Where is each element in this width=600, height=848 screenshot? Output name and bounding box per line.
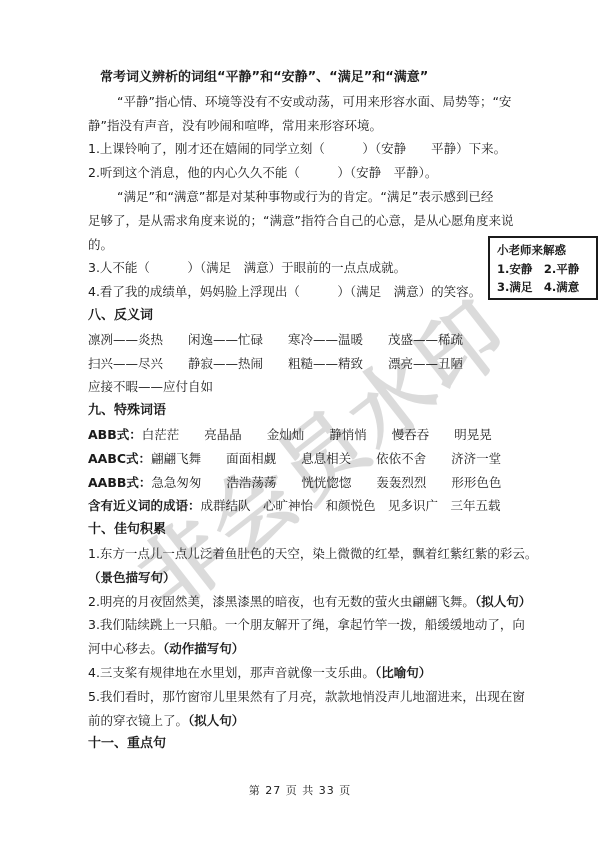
sentence-4: 4.三支桨有规律地在水里划，那声音就像一支乐曲。（比喻句） [88, 661, 523, 685]
para2-line2: 足够了，是从需求角度来说的；“满意”指符合自己的心意，是从心愿角度来说 [88, 209, 523, 233]
section-8-heading: 八、反义词 [88, 304, 523, 328]
aabc-label: AABC式： [88, 451, 151, 466]
sentence-3-tag: （动作描写句） [163, 641, 244, 656]
abb-words: 白茫茫 亮晶晶 金灿灿 静悄悄 慢吞吞 明晃晃 [142, 427, 492, 442]
section-9-heading: 九、特殊词语 [88, 399, 523, 423]
sentence-4-text: 4.三支桨有规律地在水里划，那声音就像一支乐曲。 [88, 665, 375, 680]
para2-line3: 的。 [88, 233, 523, 257]
aabb-line: AABB式：急急匆匆 浩浩荡荡 恍恍惚惚 轰轰烈烈 形形色色 [88, 471, 523, 495]
sentence-2: 2.明亮的月夜固然美，漆黑漆黑的暗夜，也有无数的萤火虫翩翩飞舞。（拟人句） [88, 590, 523, 614]
para1-line2: 静”指没有声音，没有吵闹和喧哗，常用来形容环境。 [88, 114, 523, 138]
section-10-heading: 十、佳句积累 [88, 518, 523, 542]
teacher-answer-box-row2: 3.满足 4.满意 [497, 278, 590, 297]
synonym-idioms-label: 含有近义词的成语： [88, 498, 201, 513]
section-11-heading: 十一、重点句 [88, 732, 523, 756]
para2-line1: “满足”和“满意”都是对某种事物或行为的肯定。“满足”表示感到已经 [88, 185, 523, 209]
sentence-1-line1: 1.东方一点儿一点儿泛着鱼肚色的天空，染上微微的红晕，飘着红紫红紫的彩云。 [88, 542, 523, 566]
doc-title: 常考词义辨析的词组“平静”和“安静”、“满足”和“满意” [88, 66, 523, 90]
teacher-answer-box: 小老师来解惑 1.安静 2.平静 3.满足 4.满意 [488, 236, 598, 300]
antonyms-line1: 凛冽——炎热 闲逸——忙碌 寒冷——温暖 茂盛——稀疏 [88, 328, 523, 352]
page-footer: 第 27 页 共 33 页 [0, 782, 600, 798]
sentence-3-text: 河中心移去。 [88, 641, 163, 656]
aabb-words: 急急匆匆 浩浩荡荡 恍恍惚惚 轰轰烈烈 形形色色 [151, 475, 501, 490]
aabb-label: AABB式： [88, 475, 151, 490]
sentence-5-tag: （拟人句） [188, 713, 244, 728]
aabc-words: 翩翩飞舞 面面相觑 息息相关 依依不舍 济济一堂 [151, 451, 501, 466]
synonym-idioms-words: 成群结队 心旷神怡 和颜悦色 见多识广 三年五载 [201, 498, 501, 513]
document-content: 常考词义辨析的词组“平静”和“安静”、“满足”和“满意” “平静”指心情、环境等… [88, 66, 523, 756]
sentence-2-tag: （拟人句） [475, 594, 531, 609]
teacher-answer-box-row1: 1.安静 2.平静 [497, 260, 590, 279]
question-4: 4.看了我的成绩单，妈妈脸上浮现出（ ）（满足 满意）的笑容。 [88, 280, 523, 304]
para1-line1: “平静”指心情、环境等没有不安或动荡，可用来形容水面、局势等；“安 [88, 90, 523, 114]
sentence-5-line2: 前的穿衣镜上了。（拟人句） [88, 709, 523, 733]
aabc-line: AABC式：翩翩飞舞 面面相觑 息息相关 依依不舍 济济一堂 [88, 447, 523, 471]
abb-label: ABB式： [88, 427, 142, 442]
antonyms-line2: 扫兴——尽兴 静寂——热闹 粗糙——精致 漂亮——丑陋 [88, 352, 523, 376]
question-3: 3.人不能（ ）（满足 满意）于眼前的一点点成就。 [88, 256, 523, 280]
sentence-3-line2: 河中心移去。（动作描写句） [88, 637, 523, 661]
question-1: 1.上课铃响了，刚才还在嬉闹的同学立刻（ ）（安静 平静）下来。 [88, 137, 523, 161]
sentence-5-text: 前的穿衣镜上了。 [88, 713, 188, 728]
synonym-idioms-line: 含有近义词的成语：成群结队 心旷神怡 和颜悦色 见多识广 三年五载 [88, 494, 523, 518]
teacher-answer-box-title: 小老师来解惑 [497, 241, 590, 260]
sentence-3-line1: 3.我们陆续跳上一只船。一个朋友解开了绳，拿起竹竿一拨，船缓缓地动了，向 [88, 613, 523, 637]
question-2: 2.听到这个消息，他的内心久久不能（ ）（安静 平静）。 [88, 161, 523, 185]
sentence-5-line1: 5.我们看时，那竹窗帘儿里果然有了月亮，款款地悄没声儿地溜进来，出现在窗 [88, 685, 523, 709]
sentence-4-tag: （比喻句） [375, 665, 431, 680]
antonyms-line3: 应接不暇——应付自如 [88, 375, 523, 399]
abb-line: ABB式：白茫茫 亮晶晶 金灿灿 静悄悄 慢吞吞 明晃晃 [88, 423, 523, 447]
sentence-2-text: 2.明亮的月夜固然美，漆黑漆黑的暗夜，也有无数的萤火虫翩翩飞舞。 [88, 594, 475, 609]
document-page: 非会员水印 常考词义辨析的词组“平静”和“安静”、“满足”和“满意” “平静”指… [0, 0, 600, 848]
sentence-1-tag: （景色描写句） [88, 566, 523, 590]
